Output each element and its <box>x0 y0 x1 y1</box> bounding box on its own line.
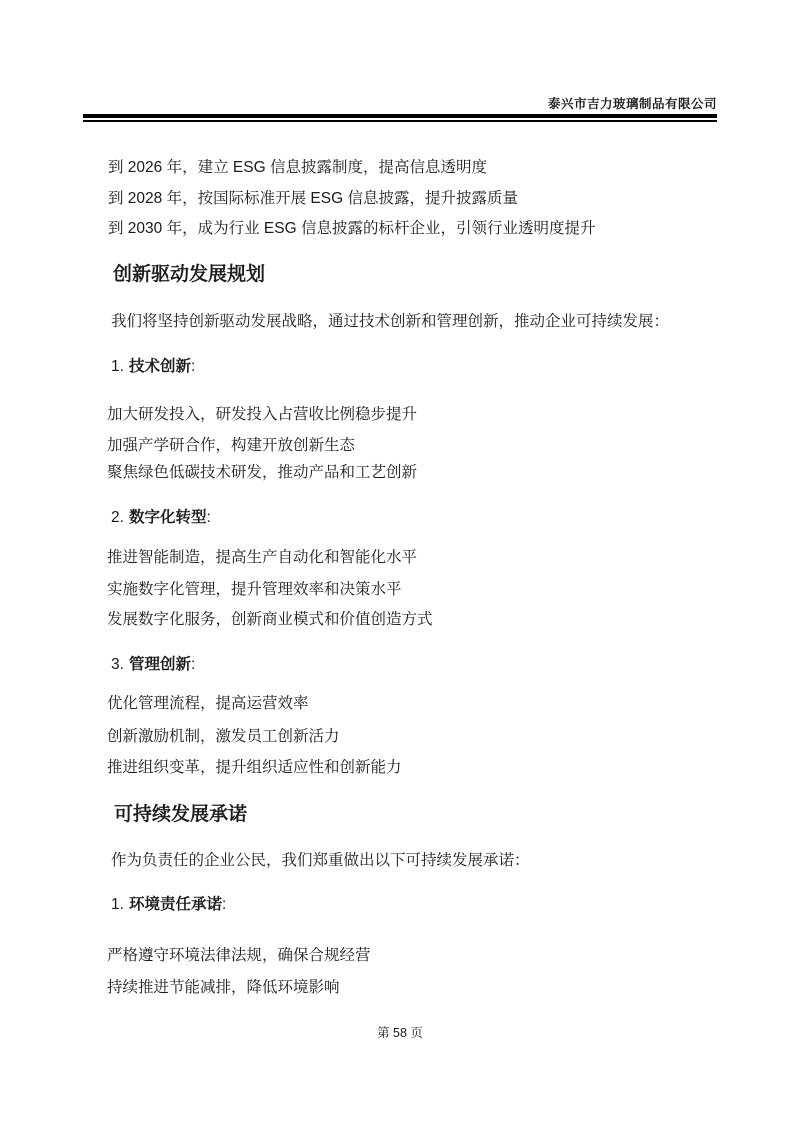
item-number: 1. <box>111 358 124 375</box>
footer-page-number: 第 58 页 <box>0 1023 800 1041</box>
item-colon: : <box>191 656 195 673</box>
innovation-intro: 我们将坚持创新驱动发展战略，通过技术创新和管理创新，推动企业可持续发展： <box>111 313 669 331</box>
numbered-item-heading: 1.技术创新: <box>111 358 195 376</box>
item-point: 推进组织变革，提升组织适应性和创新能力 <box>107 759 402 777</box>
item-colon: : <box>222 896 226 913</box>
header-company-name: 泰兴市吉力玻璃制品有限公司 <box>83 94 717 112</box>
section-title-commitment: 可持续发展承诺 <box>114 804 247 825</box>
esg-goal-line: 到 2026 年，建立 ESG 信息披露制度，提高信息透明度 <box>108 159 487 177</box>
item-label: 环境责任承诺 <box>129 896 222 913</box>
item-number: 1. <box>111 896 124 913</box>
numbered-item-heading: 3.管理创新: <box>111 656 195 674</box>
item-point: 推进智能制造，提高生产自动化和智能化水平 <box>107 549 417 567</box>
item-point: 聚焦绿色低碳技术研发，推动产品和工艺创新 <box>107 464 417 482</box>
item-label: 管理创新 <box>129 656 191 673</box>
commitment-intro: 作为负责任的企业公民，我们郑重做出以下可持续发展承诺： <box>111 852 530 870</box>
item-point: 严格遵守环境法律法规，确保合规经营 <box>107 947 371 965</box>
item-number: 3. <box>111 656 124 673</box>
item-point: 加大研发投入，研发投入占营收比例稳步提升 <box>107 406 417 424</box>
item-colon: : <box>206 509 210 526</box>
item-number: 2. <box>111 509 124 526</box>
section-title-innovation: 创新驱动发展规划 <box>113 264 265 285</box>
item-colon: : <box>191 358 195 375</box>
esg-goal-line: 到 2028 年，按国际标准开展 ESG 信息披露，提升披露质量 <box>108 190 518 208</box>
item-point: 持续推进节能减排，降低环境影响 <box>107 979 340 997</box>
esg-goal-line: 到 2030 年，成为行业 ESG 信息披露的标杆企业，引领行业透明度提升 <box>108 220 595 238</box>
item-label: 技术创新 <box>129 358 191 375</box>
header-rule-thick <box>83 114 717 118</box>
item-point: 加强产学研合作，构建开放创新生态 <box>107 437 355 455</box>
item-point: 创新激励机制，激发员工创新活力 <box>107 728 340 746</box>
item-point: 发展数字化服务，创新商业模式和价值创造方式 <box>107 611 433 629</box>
numbered-item-heading: 1.环境责任承诺: <box>111 896 226 914</box>
item-point: 优化管理流程，提高运营效率 <box>107 695 309 713</box>
header-rule-thin <box>83 120 717 122</box>
item-label: 数字化转型 <box>129 509 207 526</box>
item-point: 实施数字化管理，提升管理效率和决策水平 <box>107 581 402 599</box>
document-page: 泰兴市吉力玻璃制品有限公司 到 2026 年，建立 ESG 信息披露制度，提高信… <box>0 0 800 1131</box>
numbered-item-heading: 2.数字化转型: <box>111 509 211 527</box>
